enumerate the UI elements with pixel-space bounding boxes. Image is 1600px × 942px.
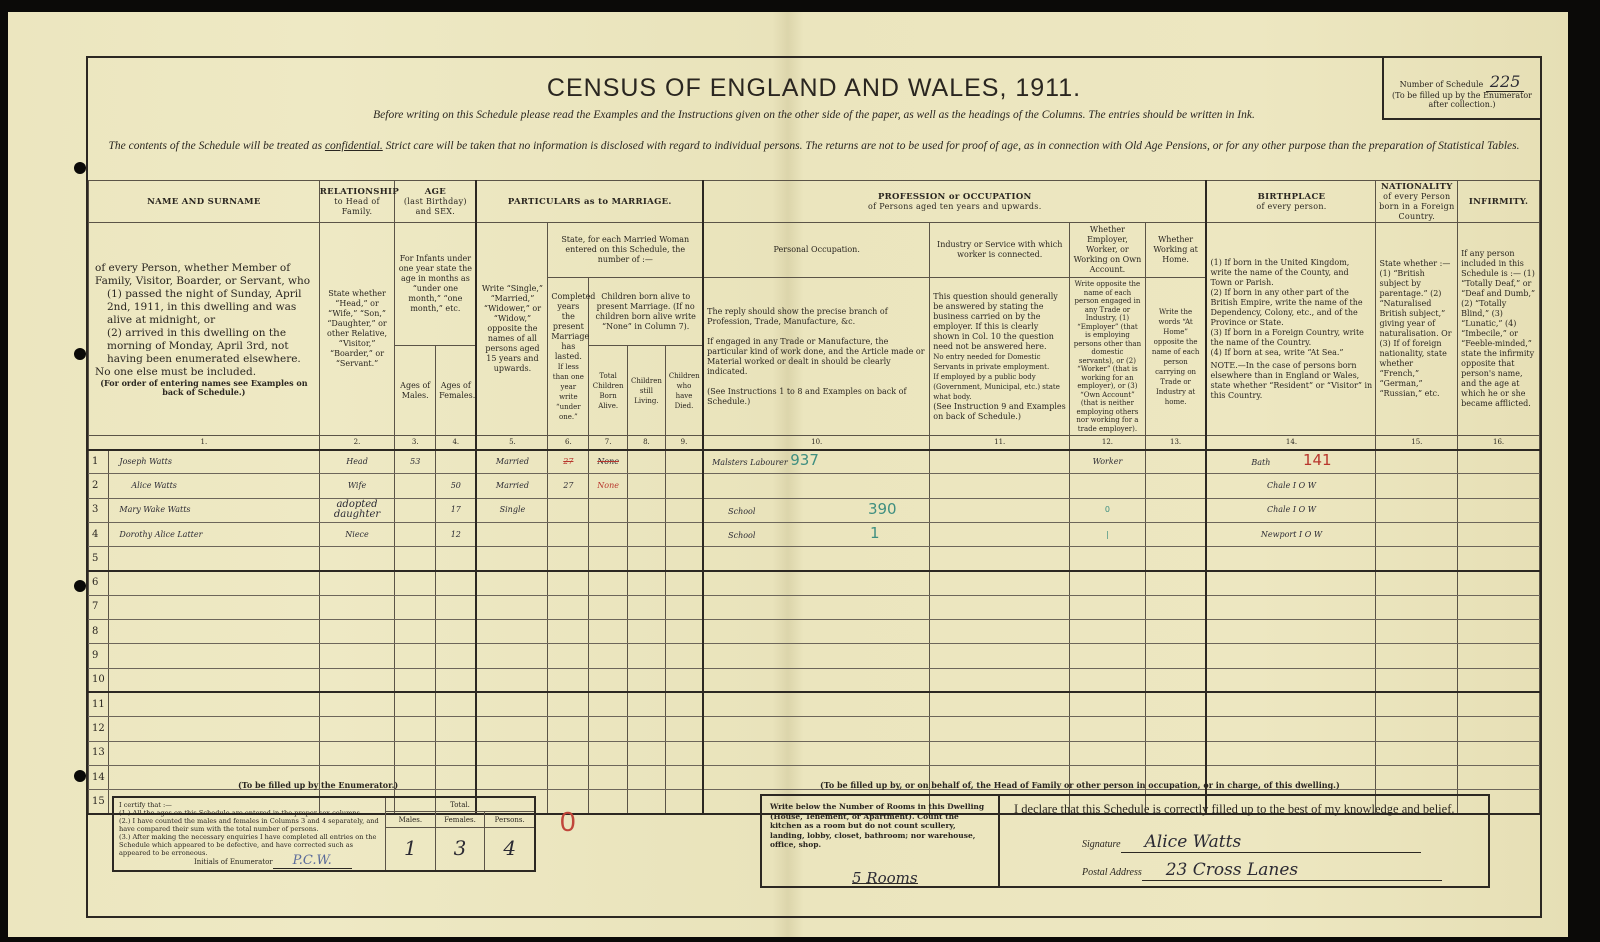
nationality-instructions: State whether :— (1) “British subject by…: [1376, 223, 1458, 436]
relationship-cell[interactable]: Wife: [319, 474, 395, 498]
birthplace-cell[interactable]: Chale I O W: [1206, 474, 1375, 498]
ages-of-females-header: Ages of Females.: [436, 346, 477, 436]
red-check-mark: 0: [560, 806, 576, 838]
children-total-cell[interactable]: [589, 498, 628, 522]
punch-hole: [74, 348, 86, 360]
name-instructions: of every Person, whether Member of Famil…: [89, 223, 320, 436]
marital-status-cell[interactable]: Single: [476, 498, 547, 522]
children-total-cell[interactable]: None: [589, 474, 628, 498]
nationality-cell[interactable]: [1376, 450, 1458, 474]
relationship-instructions: State whether “Head,” or “Wife,” “Son,” …: [319, 223, 395, 436]
schedule-number-box: Number of Schedule 225 (To be filled up …: [1382, 56, 1542, 120]
children-living-header: Children still Living.: [628, 346, 666, 436]
industry-header: Industry or Service with which worker is…: [930, 223, 1070, 278]
table-row: 13: [89, 741, 1540, 765]
ages-of-males-header: Ages of Males.: [395, 346, 436, 436]
row-number: 3: [89, 498, 109, 522]
table-row: 4 Dorothy Alice Latter Niece 12 School 1…: [89, 522, 1540, 546]
children-living-cell[interactable]: [628, 450, 666, 474]
infirmity-instructions: If any person included in this Schedule …: [1458, 223, 1540, 436]
punch-hole: [74, 580, 86, 592]
married-woman-instructions: State, for each Married Woman entered on…: [548, 223, 703, 278]
table-row: 5: [89, 547, 1540, 571]
personal-occupation-header: Personal Occupation.: [703, 223, 930, 278]
table-row: 7: [89, 595, 1540, 619]
home-header: Whether Working at Home.: [1145, 223, 1206, 278]
signature-field: SignatureAlice Watts: [1082, 832, 1421, 853]
census-table: NAME AND SURNAME RELATIONSHIPto Head of …: [88, 180, 1540, 815]
age-male-cell[interactable]: 53: [395, 450, 436, 474]
age-female-cell[interactable]: 50: [436, 474, 477, 498]
header-infirmity: INFIRMITY.: [1458, 181, 1540, 223]
infirmity-cell[interactable]: [1458, 498, 1540, 522]
marital-status-cell[interactable]: Married: [476, 450, 547, 474]
children-living-cell[interactable]: [628, 498, 666, 522]
declaration-text: I declare that this Schedule is correctl…: [1014, 802, 1474, 817]
nationality-cell[interactable]: [1376, 498, 1458, 522]
table-row: 11: [89, 692, 1540, 716]
infirmity-cell[interactable]: [1458, 522, 1540, 546]
confidential-word: confidential.: [325, 140, 383, 152]
home-cell[interactable]: [1145, 498, 1206, 522]
table-row: 6: [89, 571, 1540, 595]
relationship-cell[interactable]: adopted daughter: [319, 498, 395, 522]
ink-instructions: Before writing on this Schedule please r…: [88, 109, 1540, 121]
row-number: 1: [89, 450, 109, 474]
enumerator-caption: (To be filled up by the Enumerator.): [238, 780, 398, 790]
header-birthplace: BIRTHPLACEof every person.: [1206, 181, 1375, 223]
employer-instructions: Write opposite the name of each person e…: [1070, 278, 1146, 436]
birthplace-cell[interactable]: Chale I O W: [1206, 498, 1375, 522]
age-instructions: For Infants under one year state the age…: [395, 223, 477, 346]
row-number: 2: [89, 474, 109, 498]
children-living-cell[interactable]: [628, 522, 666, 546]
birthplace-instructions: (1) If born in the United Kingdom, write…: [1206, 223, 1375, 436]
age-male-cell[interactable]: [395, 522, 436, 546]
table-row: 3 Mary Wake Watts adopted daughter 17 Si…: [89, 498, 1540, 522]
total-persons[interactable]: 4: [485, 828, 534, 870]
column-numbers: 1. 2. 3. 4. 5. 6. 7. 8. 9. 10. 11. 12. 1…: [89, 436, 1540, 450]
table-row: 1 Joseph Watts Head 53 Married 27 None M…: [89, 450, 1540, 474]
occupation-cell[interactable]: School 390: [703, 498, 930, 522]
age-male-cell[interactable]: [395, 498, 436, 522]
age-female-cell[interactable]: [436, 450, 477, 474]
infirmity-cell[interactable]: [1458, 474, 1540, 498]
employer-cell[interactable]: 0: [1070, 498, 1146, 522]
header-marriage: PARTICULARS as to MARRIAGE.: [476, 181, 703, 223]
name-cell[interactable]: Dorothy Alice Latter: [109, 522, 319, 546]
total-females[interactable]: 3: [436, 828, 485, 870]
children-died-cell[interactable]: [665, 522, 703, 546]
confidentiality-notice: The contents of the Schedule will be tre…: [104, 138, 1524, 154]
punch-hole: [74, 162, 86, 174]
relationship-cell[interactable]: Niece: [319, 522, 395, 546]
rooms-instructions: Write below the Number of Rooms in this …: [770, 802, 990, 850]
occupation-cell[interactable]: [703, 474, 930, 498]
marital-status-cell[interactable]: Married: [476, 474, 547, 498]
industry-cell[interactable]: [930, 474, 1070, 498]
signature-value[interactable]: Alice Watts: [1121, 832, 1421, 853]
birthplace-cell[interactable]: Newport I O W: [1206, 522, 1375, 546]
children-total-cell[interactable]: [589, 522, 628, 546]
postal-address-value[interactable]: 23 Cross Lanes: [1142, 860, 1442, 881]
table-row: 2 Alice Watts Wife 50 Married 27 None Ch…: [89, 474, 1540, 498]
children-died-header: Children who have Died.: [665, 346, 703, 436]
declaration-box: I declare that this Schedule is correctl…: [1000, 794, 1490, 888]
children-died-cell[interactable]: [665, 498, 703, 522]
marriage-years-cell[interactable]: [548, 498, 589, 522]
header-age: AGE(last Birthday) and SEX.: [395, 181, 477, 223]
occupation-cell[interactable]: School 1: [703, 522, 930, 546]
birthplace-cell[interactable]: Bath 141: [1206, 450, 1375, 474]
occupation-cell[interactable]: Malsters Labourer 937: [703, 450, 930, 474]
row-number: 4: [89, 522, 109, 546]
header-occupation: PROFESSION or OCCUPATIONof Persons aged …: [703, 181, 1206, 223]
occupation-code: 1: [870, 524, 880, 542]
home-instructions: Write the words “At Home” opposite the n…: [1145, 278, 1206, 436]
punch-hole: [74, 770, 86, 782]
marital-status-instructions: Write “Single,” “Married,” “Widower,” or…: [476, 223, 547, 436]
table-row: 8: [89, 620, 1540, 644]
name-cell[interactable]: Mary Wake Watts: [109, 498, 319, 522]
household-caption: (To be filled up by, or on behalf of, th…: [820, 780, 1340, 790]
total-males[interactable]: 1: [386, 828, 435, 870]
schedule-note: (To be filled up by the Enumerator after…: [1384, 91, 1540, 109]
industry-cell[interactable]: [930, 522, 1070, 546]
personal-occupation-instructions: The reply should show the precise branch…: [703, 278, 930, 436]
age-female-cell[interactable]: 12: [436, 522, 477, 546]
enumerator-certificate: I certify that :— (1.) All the ages on t…: [112, 796, 536, 872]
rooms-box: Write below the Number of Rooms in this …: [760, 794, 1000, 888]
schedule-number-label: Number of Schedule: [1400, 80, 1484, 89]
marital-status-cell[interactable]: [476, 522, 547, 546]
nationality-cell[interactable]: [1376, 522, 1458, 546]
infirmity-cell[interactable]: [1458, 450, 1540, 474]
children-instructions: Children born alive to present Marriage.…: [589, 278, 703, 346]
table-row: 12: [89, 717, 1540, 741]
home-cell[interactable]: [1145, 450, 1206, 474]
employer-header: Whether Employer, Worker, or Working on …: [1070, 223, 1146, 278]
birthplace-code: 141: [1303, 451, 1332, 469]
header-name: NAME AND SURNAME: [89, 181, 320, 223]
census-schedule-page: CENSUS OF ENGLAND AND WALES, 1911. Befor…: [8, 12, 1568, 937]
name-cell[interactable]: Alice Watts: [109, 474, 319, 498]
age-female-cell[interactable]: 17: [436, 498, 477, 522]
name-cell[interactable]: Joseph Watts: [109, 450, 319, 474]
table-row: 10: [89, 668, 1540, 692]
nationality-cell[interactable]: [1376, 474, 1458, 498]
occupation-code: 937: [790, 451, 819, 469]
employer-cell[interactable]: [1070, 474, 1146, 498]
schedule-number: 225: [1486, 72, 1525, 92]
children-total-cell[interactable]: None: [589, 450, 628, 474]
postal-address-field: Postal Address23 Cross Lanes: [1082, 860, 1442, 881]
totals-box: Total. Males.1 Females.3 Persons.4: [386, 798, 534, 870]
industry-cell[interactable]: [930, 450, 1070, 474]
relationship-cell[interactable]: Head: [319, 450, 395, 474]
employer-cell[interactable]: |: [1070, 522, 1146, 546]
industry-cell[interactable]: [930, 498, 1070, 522]
total-children-header: Total Children Born Alive.: [589, 346, 628, 436]
table-row: 9: [89, 644, 1540, 668]
industry-instructions: This question should generally be answer…: [930, 278, 1070, 436]
occupation-code: 390: [868, 500, 897, 518]
children-died-cell[interactable]: [665, 474, 703, 498]
children-died-cell[interactable]: [665, 450, 703, 474]
marriage-years-cell[interactable]: 27: [548, 474, 589, 498]
rooms-count[interactable]: 5 Rooms: [852, 874, 918, 885]
page-title: CENSUS OF ENGLAND AND WALES, 1911.: [88, 74, 1540, 103]
employer-cell[interactable]: Worker: [1070, 450, 1146, 474]
schedule-frame: CENSUS OF ENGLAND AND WALES, 1911. Befor…: [86, 56, 1542, 918]
header-relationship: RELATIONSHIPto Head of Family.: [319, 181, 395, 223]
header-nationality: NATIONALITYof every Person born in a For…: [1376, 181, 1458, 223]
children-living-cell[interactable]: [628, 474, 666, 498]
marriage-years-cell[interactable]: 27: [548, 450, 589, 474]
home-cell[interactable]: [1145, 474, 1206, 498]
home-cell[interactable]: [1145, 522, 1206, 546]
marriage-years-cell[interactable]: [548, 522, 589, 546]
age-male-cell[interactable]: [395, 474, 436, 498]
enumerator-initials: Initials of EnumeratorP.C.W.: [194, 857, 352, 866]
marriage-years-instructions: Completed years the present Marriage has…: [548, 278, 589, 436]
